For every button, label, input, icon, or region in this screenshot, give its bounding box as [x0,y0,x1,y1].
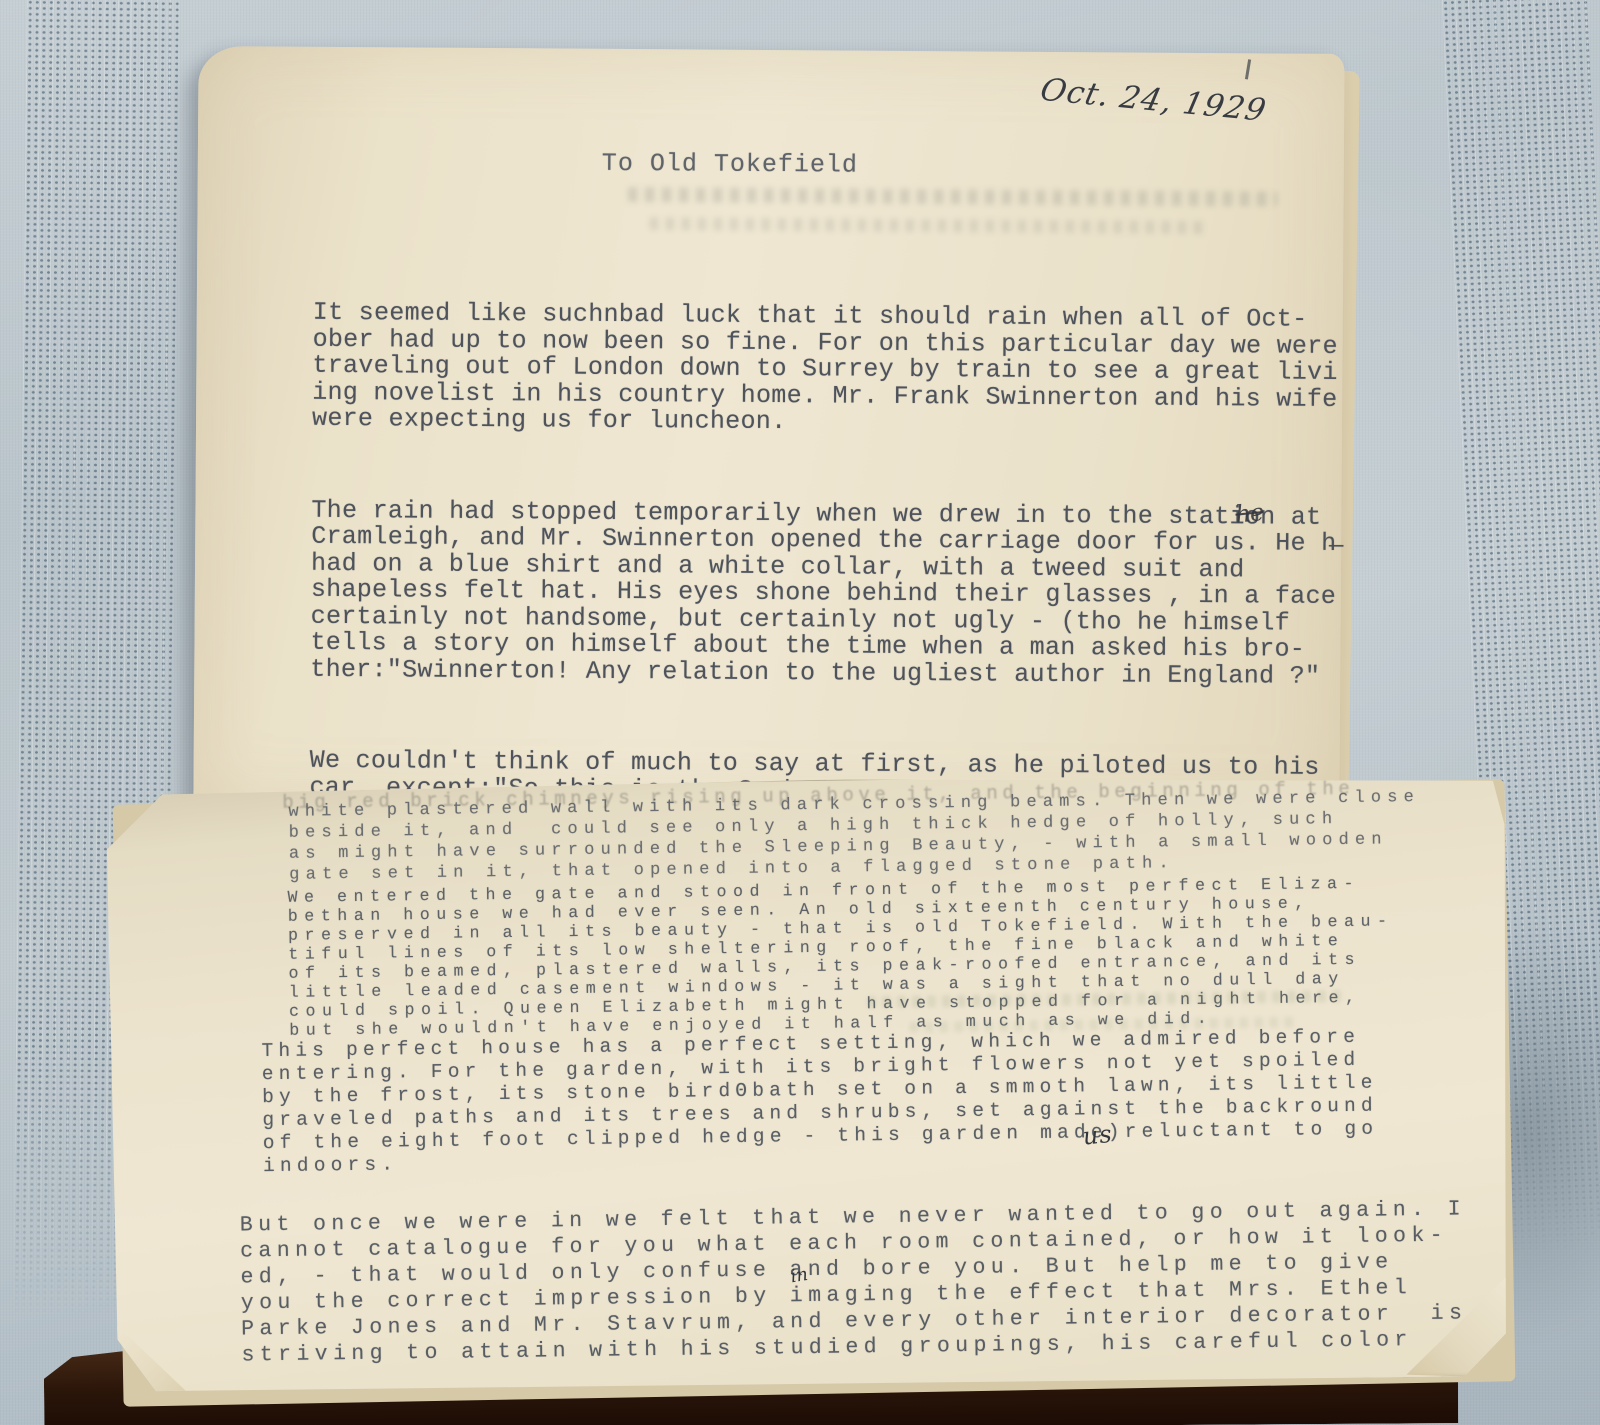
handwritten-insertion-in: in [789,1264,809,1287]
typed-paragraph: But once we were in we felt that we neve… [240,1196,1468,1368]
typed-paragraph: This perfect house has a perfect setting… [261,1026,1378,1179]
typed-paragraph: It seemed like suchnbad luck that it sho… [312,300,1343,440]
typed-line: ther:"Swinnerton! Any relation to the ug… [310,656,1340,690]
show-through-ghost-line [628,187,1278,207]
handwritten-date: Oct. 24, 1929 [1037,72,1324,134]
show-through-ghost-line [649,217,1209,234]
handwritten-insertion-us: us [1081,1120,1113,1151]
letter-page-1: Oct. 24, 1929 To Old Tokefield It seemed… [193,46,1344,814]
letter-title: To Old Tokefield [602,149,858,180]
typed-paragraph: white plastered wall with its dark cross… [288,787,1421,886]
typed-paragraph: The rain had stopped temporarily when we… [310,497,1341,690]
crossed-out-word: he [1234,498,1264,529]
typed-paragraph: We entered the gate and stood in front o… [287,873,1395,1039]
letter-page-2: big red brick chimneys rising up above i… [106,771,1512,1394]
pen-tick-mark [1245,59,1251,79]
photo-scene: Oct. 24, 1929 To Old Tokefield It seemed… [0,0,1600,1425]
